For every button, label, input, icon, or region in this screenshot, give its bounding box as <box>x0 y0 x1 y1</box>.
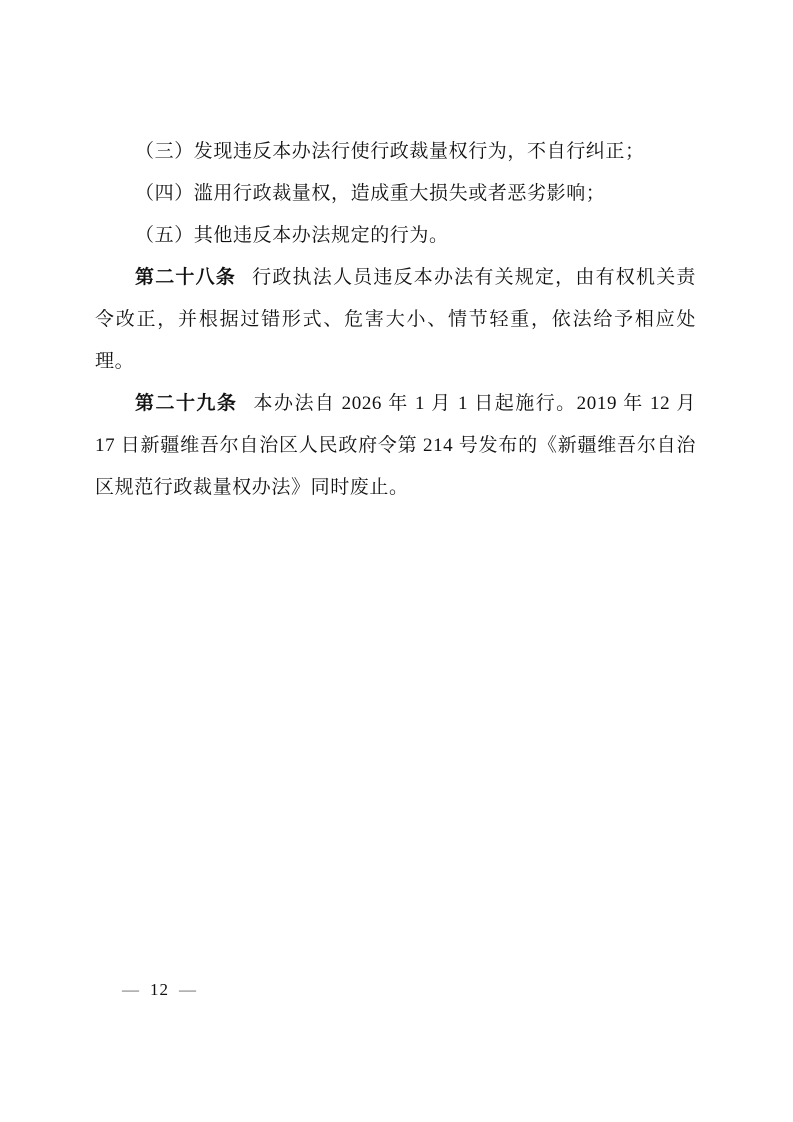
footer-left-dash: — <box>112 980 150 999</box>
page-number: 12 <box>150 980 169 999</box>
clause-text: （四）滥用行政裁量权，造成重大损失或者恶劣影响； <box>135 183 605 204</box>
article-29-title: 第二十九条 <box>135 393 237 414</box>
clause-item-4: （四）滥用行政裁量权，造成重大损失或者恶劣影响； <box>95 173 696 215</box>
document-body: （三）发现违反本办法行使行政裁量权行为，不自行纠正； （四）滥用行政裁量权，造成… <box>95 131 696 509</box>
clause-text: （五）其他违反本办法规定的行为。 <box>135 225 449 246</box>
document-page: （三）发现违反本办法行使行政裁量权行为，不自行纠正； （四）滥用行政裁量权，造成… <box>0 0 793 1122</box>
clause-item-5: （五）其他违反本办法规定的行为。 <box>95 215 696 257</box>
article-28-title: 第二十八条 <box>135 267 236 288</box>
footer-right-dash: — <box>169 980 207 999</box>
clause-text: （三）发现违反本办法行使行政裁量权行为，不自行纠正； <box>135 141 645 162</box>
article-29-paragraph: 第二十九条本办法自 2026 年 1 月 1 日起施行。2019 年 12 月 … <box>95 383 696 509</box>
clause-item-3: （三）发现违反本办法行使行政裁量权行为，不自行纠正； <box>95 131 696 173</box>
page-footer: —12— <box>112 978 207 1002</box>
article-28-paragraph: 第二十八条行政执法人员违反本办法有关规定，由有权机关责令改正，并根据过错形式、危… <box>95 257 696 383</box>
